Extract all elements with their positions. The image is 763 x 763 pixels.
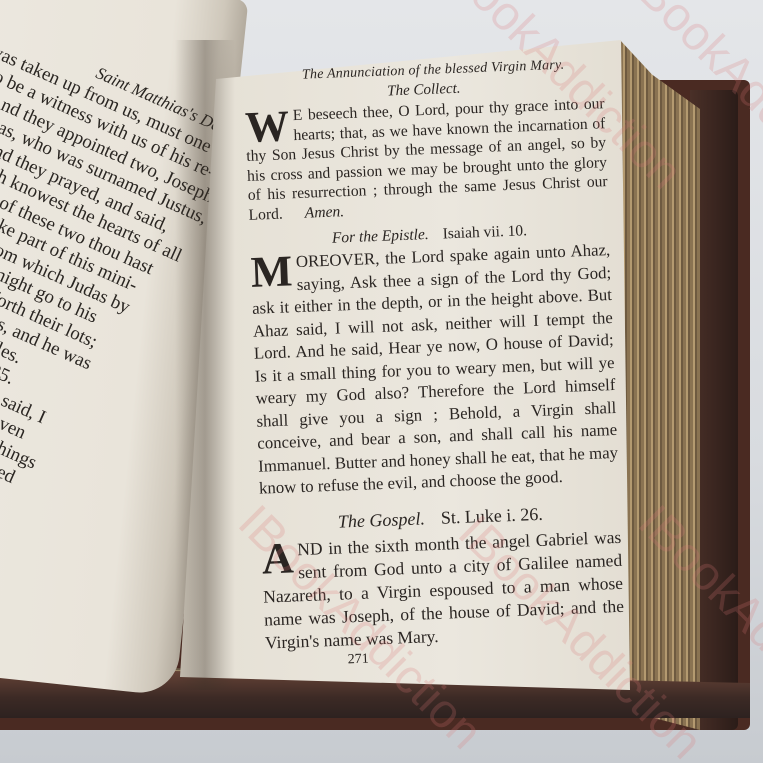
epistle-reference: Isaiah vii. 10. bbox=[442, 222, 527, 242]
gospel-reference: St. Luke i. 26. bbox=[440, 503, 543, 527]
epistle-paragraph: MOREOVER, the Lord spake again unto Ahaz… bbox=[250, 239, 619, 500]
collect-amen: Amen. bbox=[304, 203, 344, 222]
gutter-shadow bbox=[175, 40, 235, 690]
gospel-label: The Gospel. bbox=[338, 508, 426, 531]
collect-paragraph: WE beseech thee, O Lord, pour thy grace … bbox=[244, 94, 608, 225]
gospel-dropcap: A bbox=[261, 540, 294, 577]
gospel-paragraph: AND in the sixth month the angel Gabriel… bbox=[261, 525, 625, 654]
collect-dropcap: W bbox=[245, 108, 290, 146]
page-edges-right bbox=[620, 40, 700, 730]
collect-text: E beseech thee, O Lord, pour thy grace i… bbox=[246, 95, 608, 223]
epistle-dropcap: M bbox=[250, 253, 293, 291]
right-page-text: The Annunciation of the blessed Virgin M… bbox=[243, 56, 626, 671]
epistle-text: OREOVER, the Lord spake again unto Ahaz,… bbox=[252, 240, 619, 498]
epistle-label: For the Epistle. bbox=[332, 226, 429, 247]
gospel-text: ND in the sixth month the angel Gabriel … bbox=[263, 526, 624, 652]
